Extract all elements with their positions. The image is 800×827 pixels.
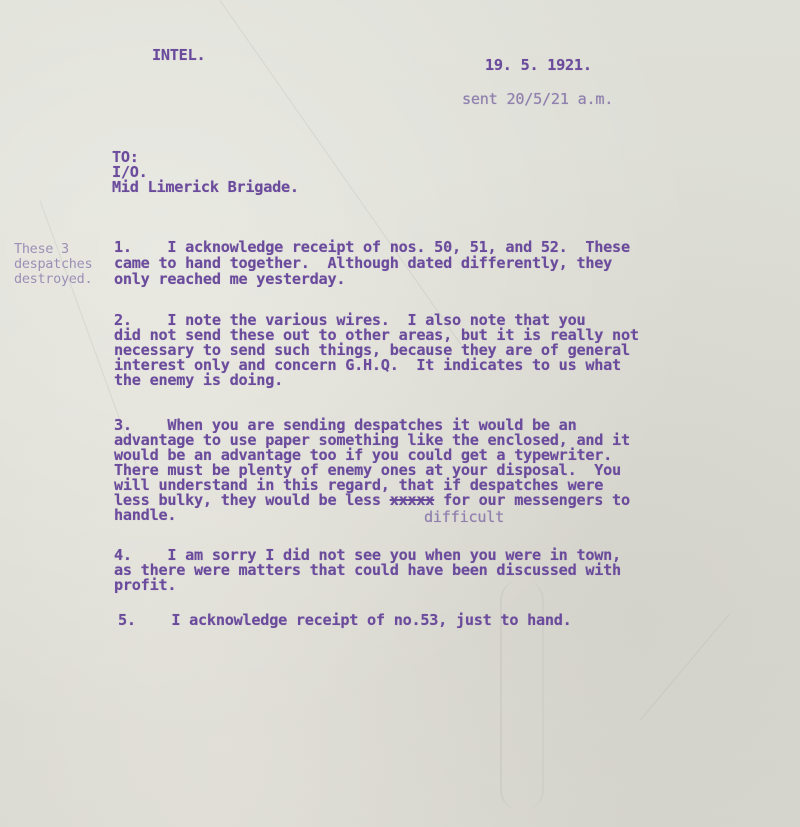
margin-note-line: despatches bbox=[14, 257, 92, 271]
paper-crease bbox=[220, 0, 462, 345]
paragraph-3-line: handle. bbox=[114, 508, 176, 523]
paragraph-1-line: came to hand together. Although dated di… bbox=[114, 256, 612, 271]
document-page: INTEL. 19. 5. 1921. sent 20/5/21 a.m. TO… bbox=[0, 0, 800, 827]
paragraph-1-line: only reached me yesterday. bbox=[114, 272, 345, 287]
paragraph-2-line: the enemy is doing. bbox=[114, 373, 283, 388]
paragraph-5-line: 5. I acknowledge receipt of no.53, just … bbox=[118, 613, 572, 628]
recipient-unit: Mid Limerick Brigade. bbox=[112, 180, 299, 195]
paragraph-3-line: less bulky, they would be less xxxxx for… bbox=[114, 493, 630, 508]
struck-out-word: xxxxx bbox=[390, 491, 434, 509]
margin-note-line: destroyed. bbox=[14, 272, 92, 286]
paragraph-4-line: as there were matters that could have be… bbox=[114, 563, 621, 578]
paragraph-4-line: profit. bbox=[114, 578, 176, 593]
classification-label: INTEL. bbox=[152, 48, 205, 63]
letter-date: 19. 5. 1921. bbox=[485, 58, 592, 73]
paper-crease bbox=[640, 613, 731, 721]
inserted-correction: difficult bbox=[424, 510, 504, 525]
sent-note: sent 20/5/21 a.m. bbox=[462, 92, 613, 107]
line-text: for our messengers to bbox=[434, 491, 630, 509]
paragraph-1-line: 1. I acknowledge receipt of nos. 50, 51,… bbox=[114, 240, 630, 255]
margin-note-line: These 3 bbox=[14, 242, 69, 256]
